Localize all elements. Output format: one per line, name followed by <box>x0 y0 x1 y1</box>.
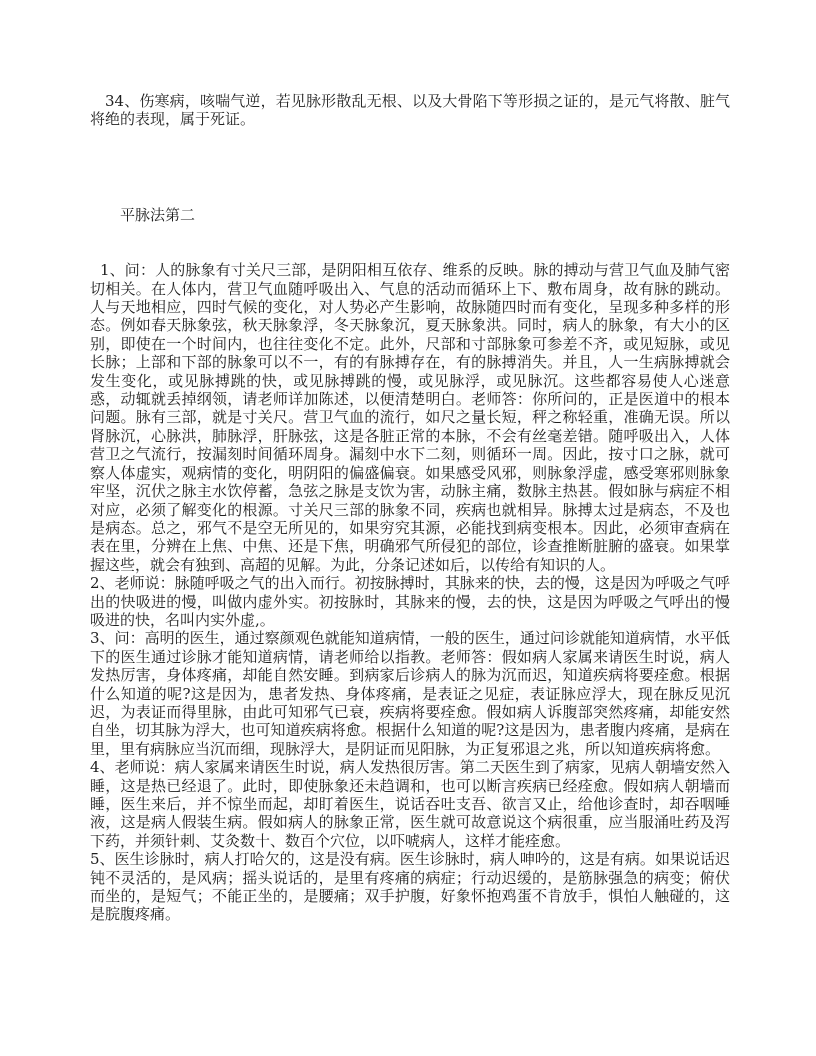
document-page: 34、伤寒病，咳喘气逆，若见脉形散乱无根、以及大骨陷下等形损之证的，是元气将散、… <box>0 0 816 1056</box>
paragraph-item-4: 4、老师说：病人家属来请医生时说，病人发热很厉害。第二天医生到了病家，见病人朝墙… <box>90 758 730 850</box>
paragraph-item-34: 34、伤寒病，咳喘气逆，若见脉形散乱无根、以及大骨陷下等形损之证的，是元气将散、… <box>90 92 730 129</box>
paragraph-list: 1、问：人的脉象有寸关尺三部，是阴阳相互依存、维系的反映。脉的搏动与营卫气血及肺… <box>90 261 730 924</box>
paragraph-item-3: 3、问：高明的医生，通过察颜观色就能知道病情，一般的医生，通过问诊就能知道病情，… <box>90 629 730 758</box>
paragraph-item-5: 5、医生诊脉时，病人打哈欠的，这是没有病。医生诊脉时，病人呻吟的，这是有病。如果… <box>90 850 730 924</box>
section-heading: 平脉法第二 <box>90 206 730 224</box>
paragraph-item-2: 2、老师说：脉随呼吸之气的出入而行。初按脉搏时，其脉来的快，去的慢，这是因为呼吸… <box>90 574 730 629</box>
paragraph-item-1: 1、问：人的脉象有寸关尺三部，是阴阳相互依存、维系的反映。脉的搏动与营卫气血及肺… <box>90 261 730 574</box>
